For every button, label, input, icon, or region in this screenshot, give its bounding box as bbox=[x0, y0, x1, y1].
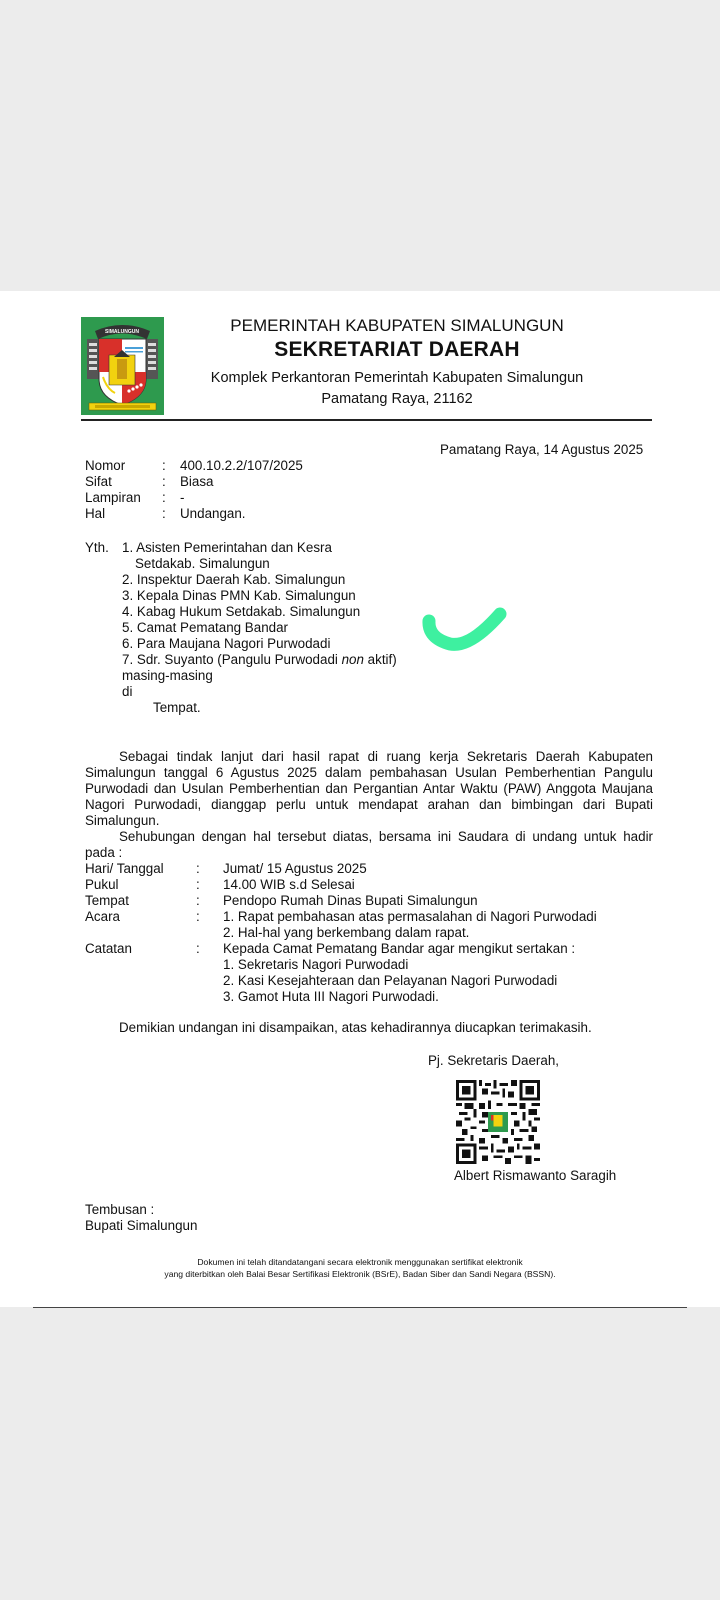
recipients-di: di bbox=[122, 684, 132, 700]
tembusan-label: Tembusan : bbox=[85, 1202, 154, 1218]
signer-name: Albert Rismawanto Saragih bbox=[454, 1168, 616, 1184]
address-line-1: Komplek Perkantoran Pemerintah Kabupaten… bbox=[0, 370, 720, 386]
tembusan-recipient: Bupati Simalungun bbox=[85, 1218, 197, 1234]
meta-label-hal: Hal bbox=[85, 506, 105, 522]
meta-label-lampiran: Lampiran bbox=[85, 490, 141, 506]
page-bottom-divider bbox=[33, 1307, 687, 1308]
meta-colon: : bbox=[162, 506, 166, 522]
paragraph-text: Sehubungan dengan hal tersebut diatas, b… bbox=[85, 829, 653, 860]
meta-value-nomor: 400.10.2.2/107/2025 bbox=[180, 458, 303, 474]
recipient-item: 5. Camat Pematang Bandar bbox=[122, 620, 288, 636]
schedule-value-note: 1. Sekretaris Nagori Purwodadi bbox=[223, 957, 408, 973]
date-line: Pamatang Raya, 14 Agustus 2025 bbox=[440, 442, 643, 458]
recipient-text: 7. Sdr. Suyanto (Pangulu Purwodadi bbox=[122, 652, 342, 667]
schedule-value-agenda: 1. Rapat pembahasan atas permasalahan di… bbox=[223, 909, 597, 925]
schedule-colon: : bbox=[196, 893, 200, 909]
recipient-item: 4. Kabag Hukum Setdakab. Simalungun bbox=[122, 604, 360, 620]
recipient-item: 6. Para Maujana Nagori Purwodadi bbox=[122, 636, 330, 652]
meta-label-sifat: Sifat bbox=[85, 474, 112, 490]
schedule-value-agenda: 2. Hal-hal yang berkembang dalam rapat. bbox=[223, 925, 469, 941]
meta-value-lampiran: - bbox=[180, 490, 184, 506]
qr-code-icon bbox=[456, 1080, 540, 1164]
schedule-value-note: Kepada Camat Pematang Bandar agar mengik… bbox=[223, 941, 575, 957]
recipient-italic-text: non bbox=[342, 652, 364, 667]
schedule-colon: : bbox=[196, 941, 200, 957]
closing-sentence: Demikian undangan ini disampaikan, atas … bbox=[119, 1020, 592, 1036]
recipients-prefix: Yth. bbox=[85, 540, 109, 556]
schedule-label-time: Pukul bbox=[85, 877, 119, 893]
address-line-2: Pamatang Raya, 21162 bbox=[0, 391, 720, 407]
recipient-item: 7. Sdr. Suyanto (Pangulu Purwodadi non a… bbox=[122, 652, 397, 668]
meta-colon: : bbox=[162, 458, 166, 474]
recipient-item: 3. Kepala Dinas PMN Kab. Simalungun bbox=[122, 588, 356, 604]
meta-value-sifat: Biasa bbox=[180, 474, 214, 490]
schedule-label-note: Catatan bbox=[85, 941, 132, 957]
meta-colon: : bbox=[162, 474, 166, 490]
schedule-value-place: Pendopo Rumah Dinas Bupati Simalungun bbox=[223, 893, 478, 909]
schedule-colon: : bbox=[196, 909, 200, 925]
schedule-colon: : bbox=[196, 877, 200, 893]
schedule-value-note: 3. Gamot Huta III Nagori Purwodadi. bbox=[223, 989, 439, 1005]
schedule-value-date: Jumat/ 15 Agustus 2025 bbox=[223, 861, 367, 877]
schedule-label-date: Hari/ Tanggal bbox=[85, 861, 164, 877]
e-signature-footnote-line-2: yang diterbitkan oleh Balai Besar Sertif… bbox=[0, 1268, 720, 1281]
government-name: PEMERINTAH KABUPATEN SIMALUNGUN bbox=[0, 316, 720, 336]
schedule-colon: : bbox=[196, 861, 200, 877]
green-checkmark-icon bbox=[420, 600, 520, 670]
schedule-value-time: 14.00 WIB s.d Selesai bbox=[223, 877, 355, 893]
body-paragraph-1: Sebagai tindak lanjut dari hasil rapat d… bbox=[85, 749, 653, 829]
recipient-text: aktif) bbox=[364, 652, 397, 667]
paragraph-text: Sebagai tindak lanjut dari hasil rapat d… bbox=[85, 749, 653, 828]
recipient-item: 1. Asisten Pemerintahan dan Kesra bbox=[122, 540, 332, 556]
signature-title: Pj. Sekretaris Daerah, bbox=[428, 1053, 559, 1069]
office-name: SEKRETARIAT DAERAH bbox=[0, 338, 720, 362]
meta-colon: : bbox=[162, 490, 166, 506]
schedule-value-note: 2. Kasi Kesejahteraan dan Pelayanan Nago… bbox=[223, 973, 557, 989]
meta-label-nomor: Nomor bbox=[85, 458, 125, 474]
body-paragraph-2: Sehubungan dengan hal tersebut diatas, b… bbox=[85, 829, 653, 861]
recipients-closing: masing-masing bbox=[122, 668, 213, 684]
recipient-item: 2. Inspektur Daerah Kab. Simalungun bbox=[122, 572, 345, 588]
recipients-place: Tempat. bbox=[153, 700, 201, 716]
letterhead-divider bbox=[81, 419, 652, 421]
schedule-label-place: Tempat bbox=[85, 893, 129, 909]
schedule-label-agenda: Acara bbox=[85, 909, 120, 925]
recipient-item-continuation: Setdakab. Simalungun bbox=[135, 556, 270, 572]
meta-value-hal: Undangan. bbox=[180, 506, 246, 522]
